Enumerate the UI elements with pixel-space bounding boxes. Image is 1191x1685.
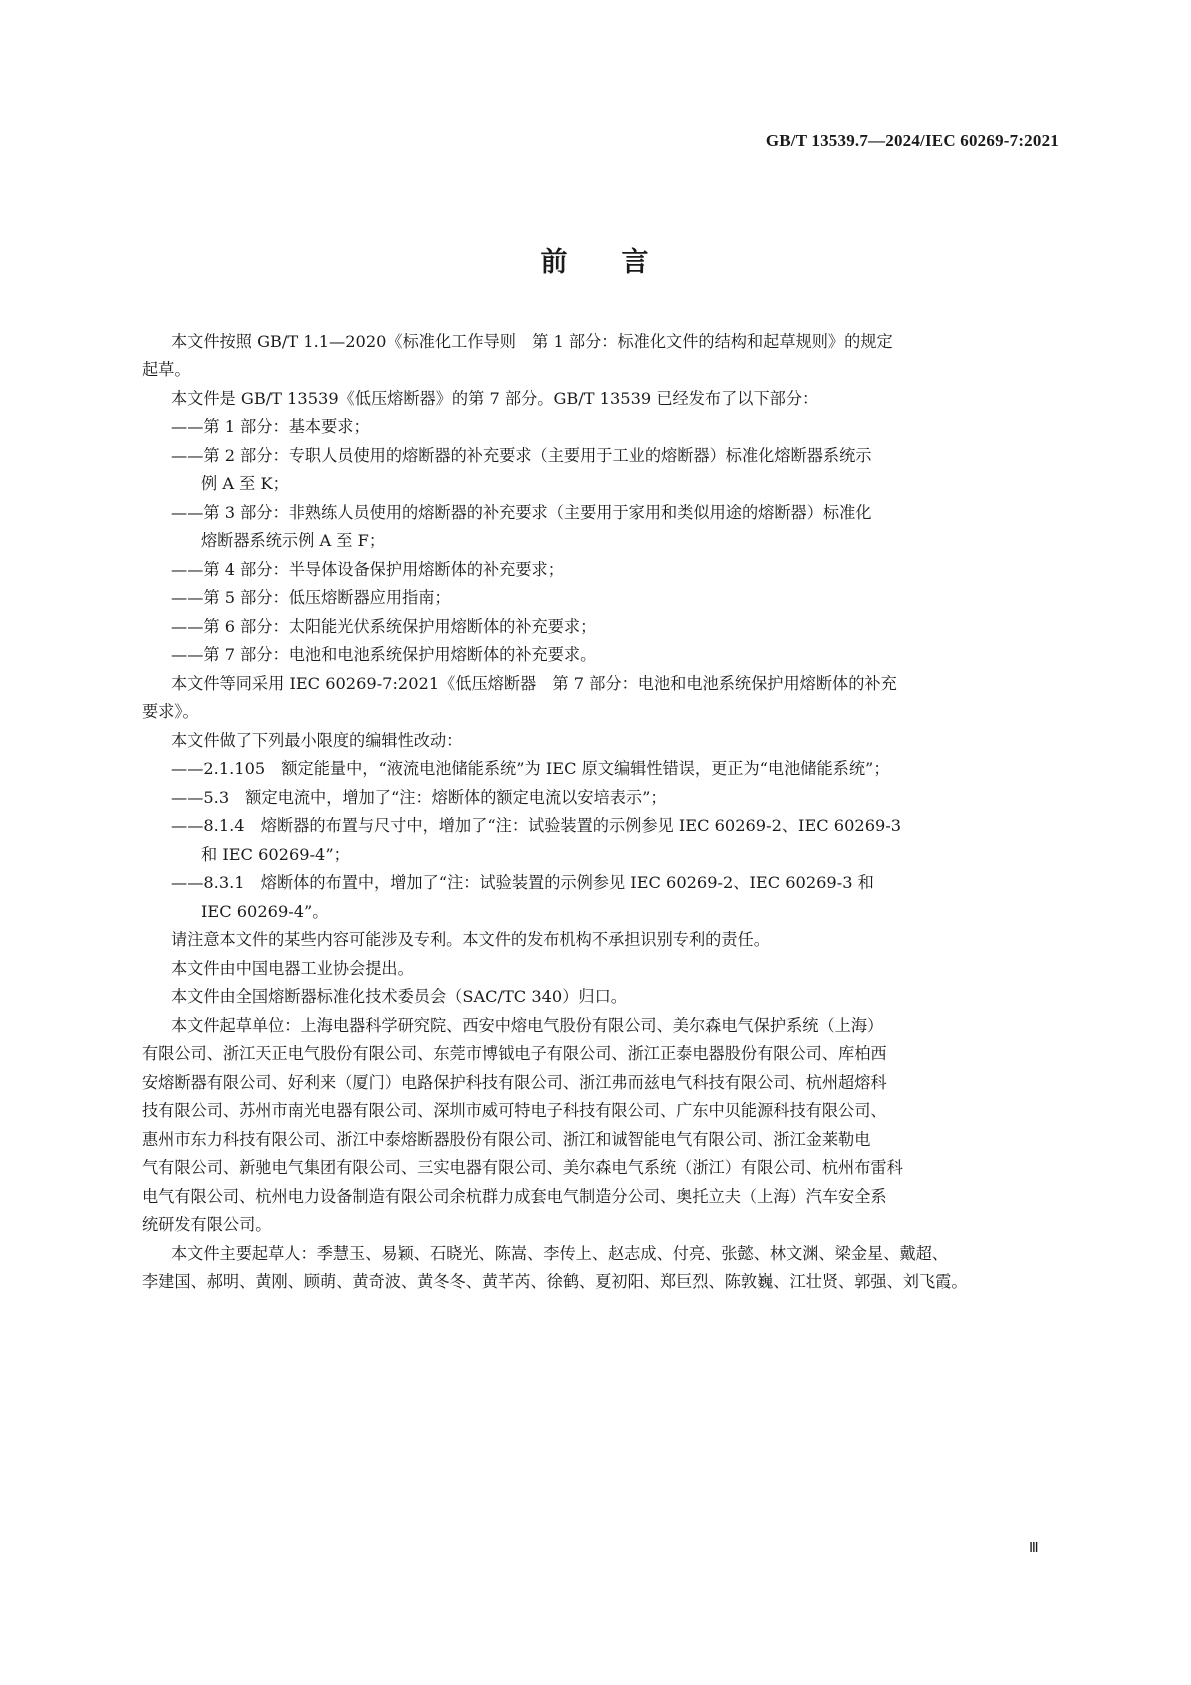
- text-line: 技有限公司、苏州市南光电器有限公司、深圳市威可特电子科技有限公司、广东中贝能源科…: [142, 1101, 887, 1121]
- text-line: 本文件是 GB/T 13539《低压熔断器》的第 7 部分。GB/T 13539…: [171, 389, 818, 409]
- text-line: ——2.1.105 额定能量中，“液流电池储能系统”为 IEC 原文编辑性错误，…: [171, 759, 890, 779]
- text-line: ——8.1.4 熔断器的布置与尺寸中，增加了“注：试验装置的示例参见 IEC 6…: [171, 816, 901, 836]
- text-line: 统研发有限公司。: [142, 1215, 272, 1235]
- text-line: 本文件主要起草人：季慧玉、易颖、石晓光、陈嵩、李传上、赵志成、付亮、张懿、林文渊…: [171, 1244, 948, 1264]
- text-line: 电气有限公司、杭州电力设备制造有限公司余杭群力成套电气制造分公司、奥托立夫（上海…: [142, 1187, 887, 1207]
- text-line: 本文件由全国熔断器标准化技术委员会（SAC/TC 340）归口。: [171, 987, 627, 1007]
- text-line: 本文件由中国电器工业协会提出。: [171, 959, 414, 979]
- text-line: 有限公司、浙江天正电气股份有限公司、东莞市博钺电子有限公司、浙江正泰电器股份有限…: [142, 1044, 887, 1064]
- text-line: ——8.3.1 熔断体的布置中，增加了“注：试验装置的示例参见 IEC 6026…: [171, 873, 874, 893]
- text-line: ——第 3 部分：非熟练人员使用的熔断器的补充要求（主要用于家用和类似用途的熔断…: [171, 503, 871, 523]
- text-line: 本文件等同采用 IEC 60269-7:2021《低压熔断器 第 7 部分：电池…: [171, 674, 897, 694]
- text-line: 惠州市东力科技有限公司、浙江中泰熔断器股份有限公司、浙江和诚智能电气有限公司、浙…: [142, 1130, 870, 1150]
- text-line: 熔断器系统示例 A 至 F；: [201, 531, 385, 551]
- text-line: 本文件按照 GB/T 1.1—2020《标准化工作导则 第 1 部分：标准化文件…: [171, 332, 893, 352]
- text-line: ——第 5 部分：低压熔断器应用指南；: [171, 588, 451, 608]
- text-line: 安熔断器有限公司、好利来（厦门）电路保护科技有限公司、浙江弗而兹电气科技有限公司…: [142, 1073, 887, 1093]
- text-line: 要求》。: [142, 702, 199, 722]
- page-number: Ⅲ: [1029, 1540, 1039, 1557]
- page-title: 前言: [0, 240, 1191, 279]
- text-line: ——第 4 部分：半导体设备保护用熔断体的补充要求；: [171, 560, 564, 580]
- text-line: 李建国、郝明、黄刚、顾萌、黄奇波、黄冬冬、黄芊芮、徐鹤、夏初阳、郑巨烈、陈敦巍、…: [142, 1272, 968, 1292]
- text-line: ——5.3 额定电流中，增加了“注：熔断体的额定电流以安培表示”；: [171, 788, 667, 808]
- title-char-2: 言: [622, 240, 651, 279]
- text-line: ——第 1 部分：基本要求；: [171, 417, 370, 437]
- standard-code-header: GB/T 13539.7—2024/IEC 60269-7:2021: [766, 131, 1059, 151]
- text-line: 和 IEC 60269-4”；: [201, 845, 350, 865]
- text-line: 请注意本文件的某些内容可能涉及专利。本文件的发布机构不承担识别专利的责任。: [171, 930, 770, 950]
- text-line: IEC 60269-4”。: [201, 902, 328, 922]
- title-char-1: 前: [541, 240, 570, 279]
- text-line: ——第 7 部分：电池和电池系统保护用熔断体的补充要求。: [171, 645, 596, 665]
- text-line: ——第 2 部分：专职人员使用的熔断器的补充要求（主要用于工业的熔断器）标准化熔…: [171, 446, 871, 466]
- text-line: 例 A 至 K；: [201, 474, 289, 494]
- text-line: 气有限公司、新驰电气集团有限公司、三实电器有限公司、美尔森电气系统（浙江）有限公…: [142, 1158, 903, 1178]
- text-line: 起草。: [142, 360, 191, 380]
- text-line: 本文件起草单位：上海电器科学研究院、西安中熔电气股份有限公司、美尔森电气保护系统…: [171, 1016, 883, 1036]
- text-line: ——第 6 部分：太阳能光伏系统保护用熔断体的补充要求；: [171, 617, 596, 637]
- text-line: 本文件做了下列最小限度的编辑性改动：: [171, 731, 462, 751]
